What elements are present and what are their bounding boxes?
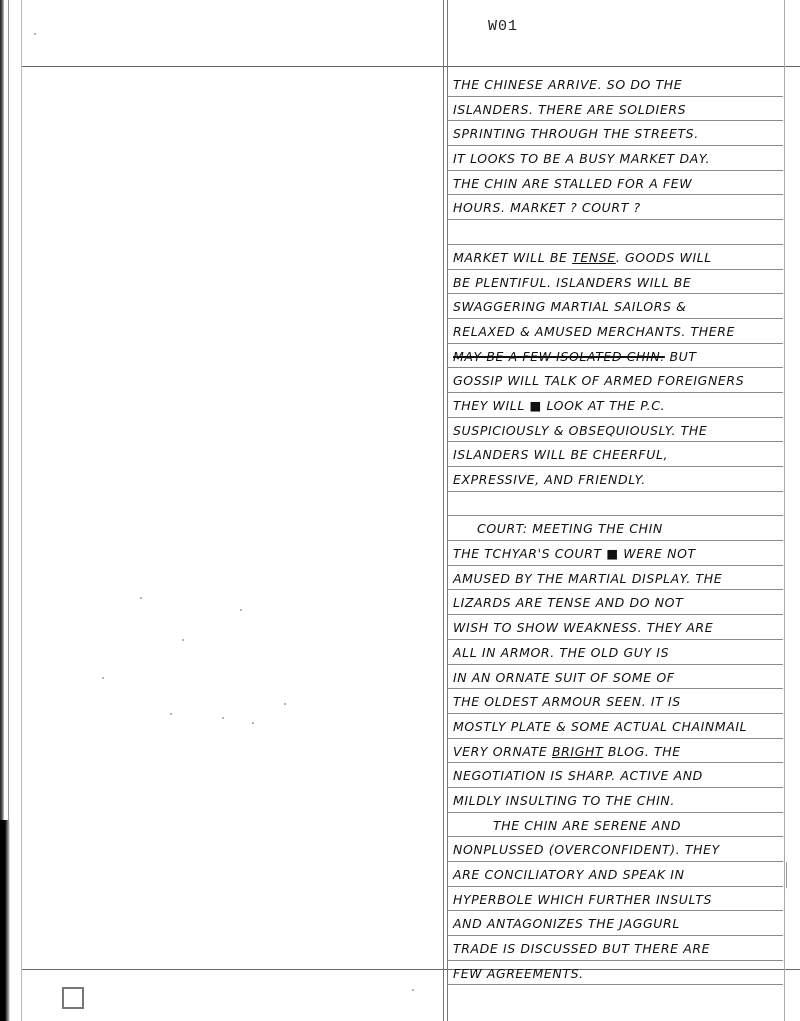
note-line: AMUSED BY THE MARTIAL DISPLAY. THE [447, 566, 783, 591]
note-line: ISLANDERS WILL BE CHEERFUL, [447, 442, 783, 467]
note-line: ISLANDERS. THERE ARE SOLDIERS [447, 97, 783, 122]
note-text-after: BUT [665, 349, 697, 364]
note-line: SPRINTING THROUGH THE STREETS. [447, 121, 783, 146]
note-line: THEY WILL ■ LOOK AT THE P.C. [447, 393, 783, 418]
note-text: LIZARDS ARE TENSE AND DO NOT [453, 595, 683, 610]
note-text: HOURS. MARKET ? COURT ? [453, 200, 641, 215]
note-line: LIZARDS ARE TENSE AND DO NOT [447, 590, 783, 615]
note-text: VERY ORNATE [453, 744, 552, 759]
note-line: THE TCHYAR'S COURT ■ WERE NOT [447, 541, 783, 566]
struck-text: MAY BE A FEW ISOLATED CHIN. [453, 349, 665, 364]
note-text-after: . GOODS WILL [616, 250, 712, 265]
note-line: HOURS. MARKET ? COURT ? [447, 195, 783, 220]
note-text: IT LOOKS TO BE A BUSY MARKET DAY. [453, 151, 710, 166]
note-text: BE PLENTIFUL. ISLANDERS WILL BE [453, 275, 691, 290]
note-line: WISH TO SHOW WEAKNESS. THEY ARE [447, 615, 783, 640]
note-text: IN AN ORNATE SUIT OF SOME OF [453, 670, 675, 685]
note-text: ISLANDERS WILL BE CHEERFUL, [453, 447, 668, 462]
note-line: IN AN ORNATE SUIT OF SOME OF [447, 665, 783, 690]
note-line: ALL IN ARMOR. THE OLD GUY IS [447, 640, 783, 665]
note-text: SPRINTING THROUGH THE STREETS. [453, 126, 699, 141]
note-line: RELAXED & AMUSED MERCHANTS. THERE [447, 319, 783, 344]
note-line: COURT: MEETING THE CHIN [447, 516, 783, 541]
underlined-text: BRIGHT [552, 744, 603, 759]
binding-margin-line [8, 0, 9, 1021]
note-text: TRADE IS DISCUSSED BUT THERE ARE [453, 941, 710, 956]
note-text: THE CHIN ARE SERENE AND [493, 818, 681, 833]
note-text-after: BLOG. THE [603, 744, 681, 759]
note-line: AND ANTAGONIZES THE JAGGURL [447, 911, 783, 936]
note-line: THE CHIN ARE SERENE AND [447, 813, 783, 838]
scan-speckle [102, 677, 104, 679]
margin-mark [786, 853, 799, 888]
note-text: AND ANTAGONIZES THE JAGGURL [453, 916, 680, 931]
note-text: GOSSIP WILL TALK OF ARMED FOREIGNERS [453, 373, 744, 388]
note-text: SWAGGERING MARTIAL SAILORS & [453, 299, 686, 314]
scan-speckle [240, 609, 242, 611]
scan-speckle [182, 639, 184, 641]
note-line: ARE CONCILIATORY AND SPEAK IN [447, 862, 783, 887]
blank-left-panel [22, 67, 442, 969]
note-text: THE CHIN ARE STALLED FOR A FEW [453, 176, 692, 191]
note-line: MAY BE A FEW ISOLATED CHIN. BUT [447, 344, 783, 369]
note-line: GOSSIP WILL TALK OF ARMED FOREIGNERS [447, 368, 783, 393]
note-line: THE CHINESE ARRIVE. SO DO THE [447, 72, 783, 97]
note-text: MARKET WILL BE [453, 250, 572, 265]
note-text: NONPLUSSED (OVERCONFIDENT). THEY [453, 842, 720, 857]
note-line [447, 220, 783, 245]
note-text: AMUSED BY THE MARTIAL DISPLAY. THE [453, 571, 722, 586]
note-line: NEGOTIATION IS SHARP. ACTIVE AND [447, 763, 783, 788]
note-line: TRADE IS DISCUSSED BUT THERE ARE [447, 936, 783, 961]
column-divider-outer [443, 0, 444, 1021]
note-line: SUSPICIOUSLY & OBSEQUIOUSLY. THE [447, 418, 783, 443]
note-line: NONPLUSSED (OVERCONFIDENT). THEY [447, 837, 783, 862]
note-line: IT LOOKS TO BE A BUSY MARKET DAY. [447, 146, 783, 171]
underlined-text: TENSE [572, 250, 616, 265]
note-text: HYPERBOLE WHICH FURTHER INSULTS [453, 892, 712, 907]
note-text: THEY WILL ■ LOOK AT THE P.C. [453, 398, 665, 413]
note-text: COURT: MEETING THE CHIN [477, 521, 663, 536]
note-text: MILDLY INSULTING TO THE CHIN. [453, 793, 675, 808]
scan-speckle [252, 722, 254, 724]
note-line: HYPERBOLE WHICH FURTHER INSULTS [447, 887, 783, 912]
note-line: MARKET WILL BE TENSE. GOODS WILL [447, 245, 783, 270]
note-text: THE OLDEST ARMOUR SEEN. IT IS [453, 694, 681, 709]
note-line: EXPRESSIVE, AND FRIENDLY. [447, 467, 783, 492]
scan-speckle [222, 717, 224, 719]
note-line [447, 492, 783, 517]
note-text: ALL IN ARMOR. THE OLD GUY IS [453, 645, 669, 660]
handwritten-notes: THE CHINESE ARRIVE. SO DO THEISLANDERS. … [447, 72, 783, 985]
scan-speckle [140, 597, 142, 599]
right-margin-line [784, 0, 785, 1021]
note-line: SWAGGERING MARTIAL SAILORS & [447, 294, 783, 319]
note-line: MOSTLY PLATE & SOME ACTUAL CHAINMAIL [447, 714, 783, 739]
page-id: W01 [488, 18, 518, 35]
scan-speckle [170, 713, 172, 715]
note-text: MOSTLY PLATE & SOME ACTUAL CHAINMAIL [453, 719, 747, 734]
scan-speckle [284, 703, 286, 705]
note-text: ISLANDERS. THERE ARE SOLDIERS [453, 102, 686, 117]
note-text: EXPRESSIVE, AND FRIENDLY. [453, 472, 646, 487]
note-text: FEW AGREEMENTS. [453, 966, 584, 981]
note-line: THE CHIN ARE STALLED FOR A FEW [447, 171, 783, 196]
note-text: WISH TO SHOW WEAKNESS. THEY ARE [453, 620, 713, 635]
note-text: ARE CONCILIATORY AND SPEAK IN [453, 867, 685, 882]
note-text: RELAXED & AMUSED MERCHANTS. THERE [453, 324, 735, 339]
checkbox[interactable] [62, 987, 84, 1009]
note-line: BE PLENTIFUL. ISLANDERS WILL BE [447, 270, 783, 295]
note-line: FEW AGREEMENTS. [447, 961, 783, 986]
note-line: THE OLDEST ARMOUR SEEN. IT IS [447, 689, 783, 714]
note-line: VERY ORNATE BRIGHT BLOG. THE [447, 739, 783, 764]
note-text: THE TCHYAR'S COURT ■ WERE NOT [453, 546, 696, 561]
note-text: SUSPICIOUSLY & OBSEQUIOUSLY. THE [453, 423, 707, 438]
note-line: MILDLY INSULTING TO THE CHIN. [447, 788, 783, 813]
note-text: THE CHINESE ARRIVE. SO DO THE [453, 77, 682, 92]
note-text: NEGOTIATION IS SHARP. ACTIVE AND [453, 768, 703, 783]
scan-speckle [412, 989, 414, 991]
scan-speckle [34, 33, 36, 35]
